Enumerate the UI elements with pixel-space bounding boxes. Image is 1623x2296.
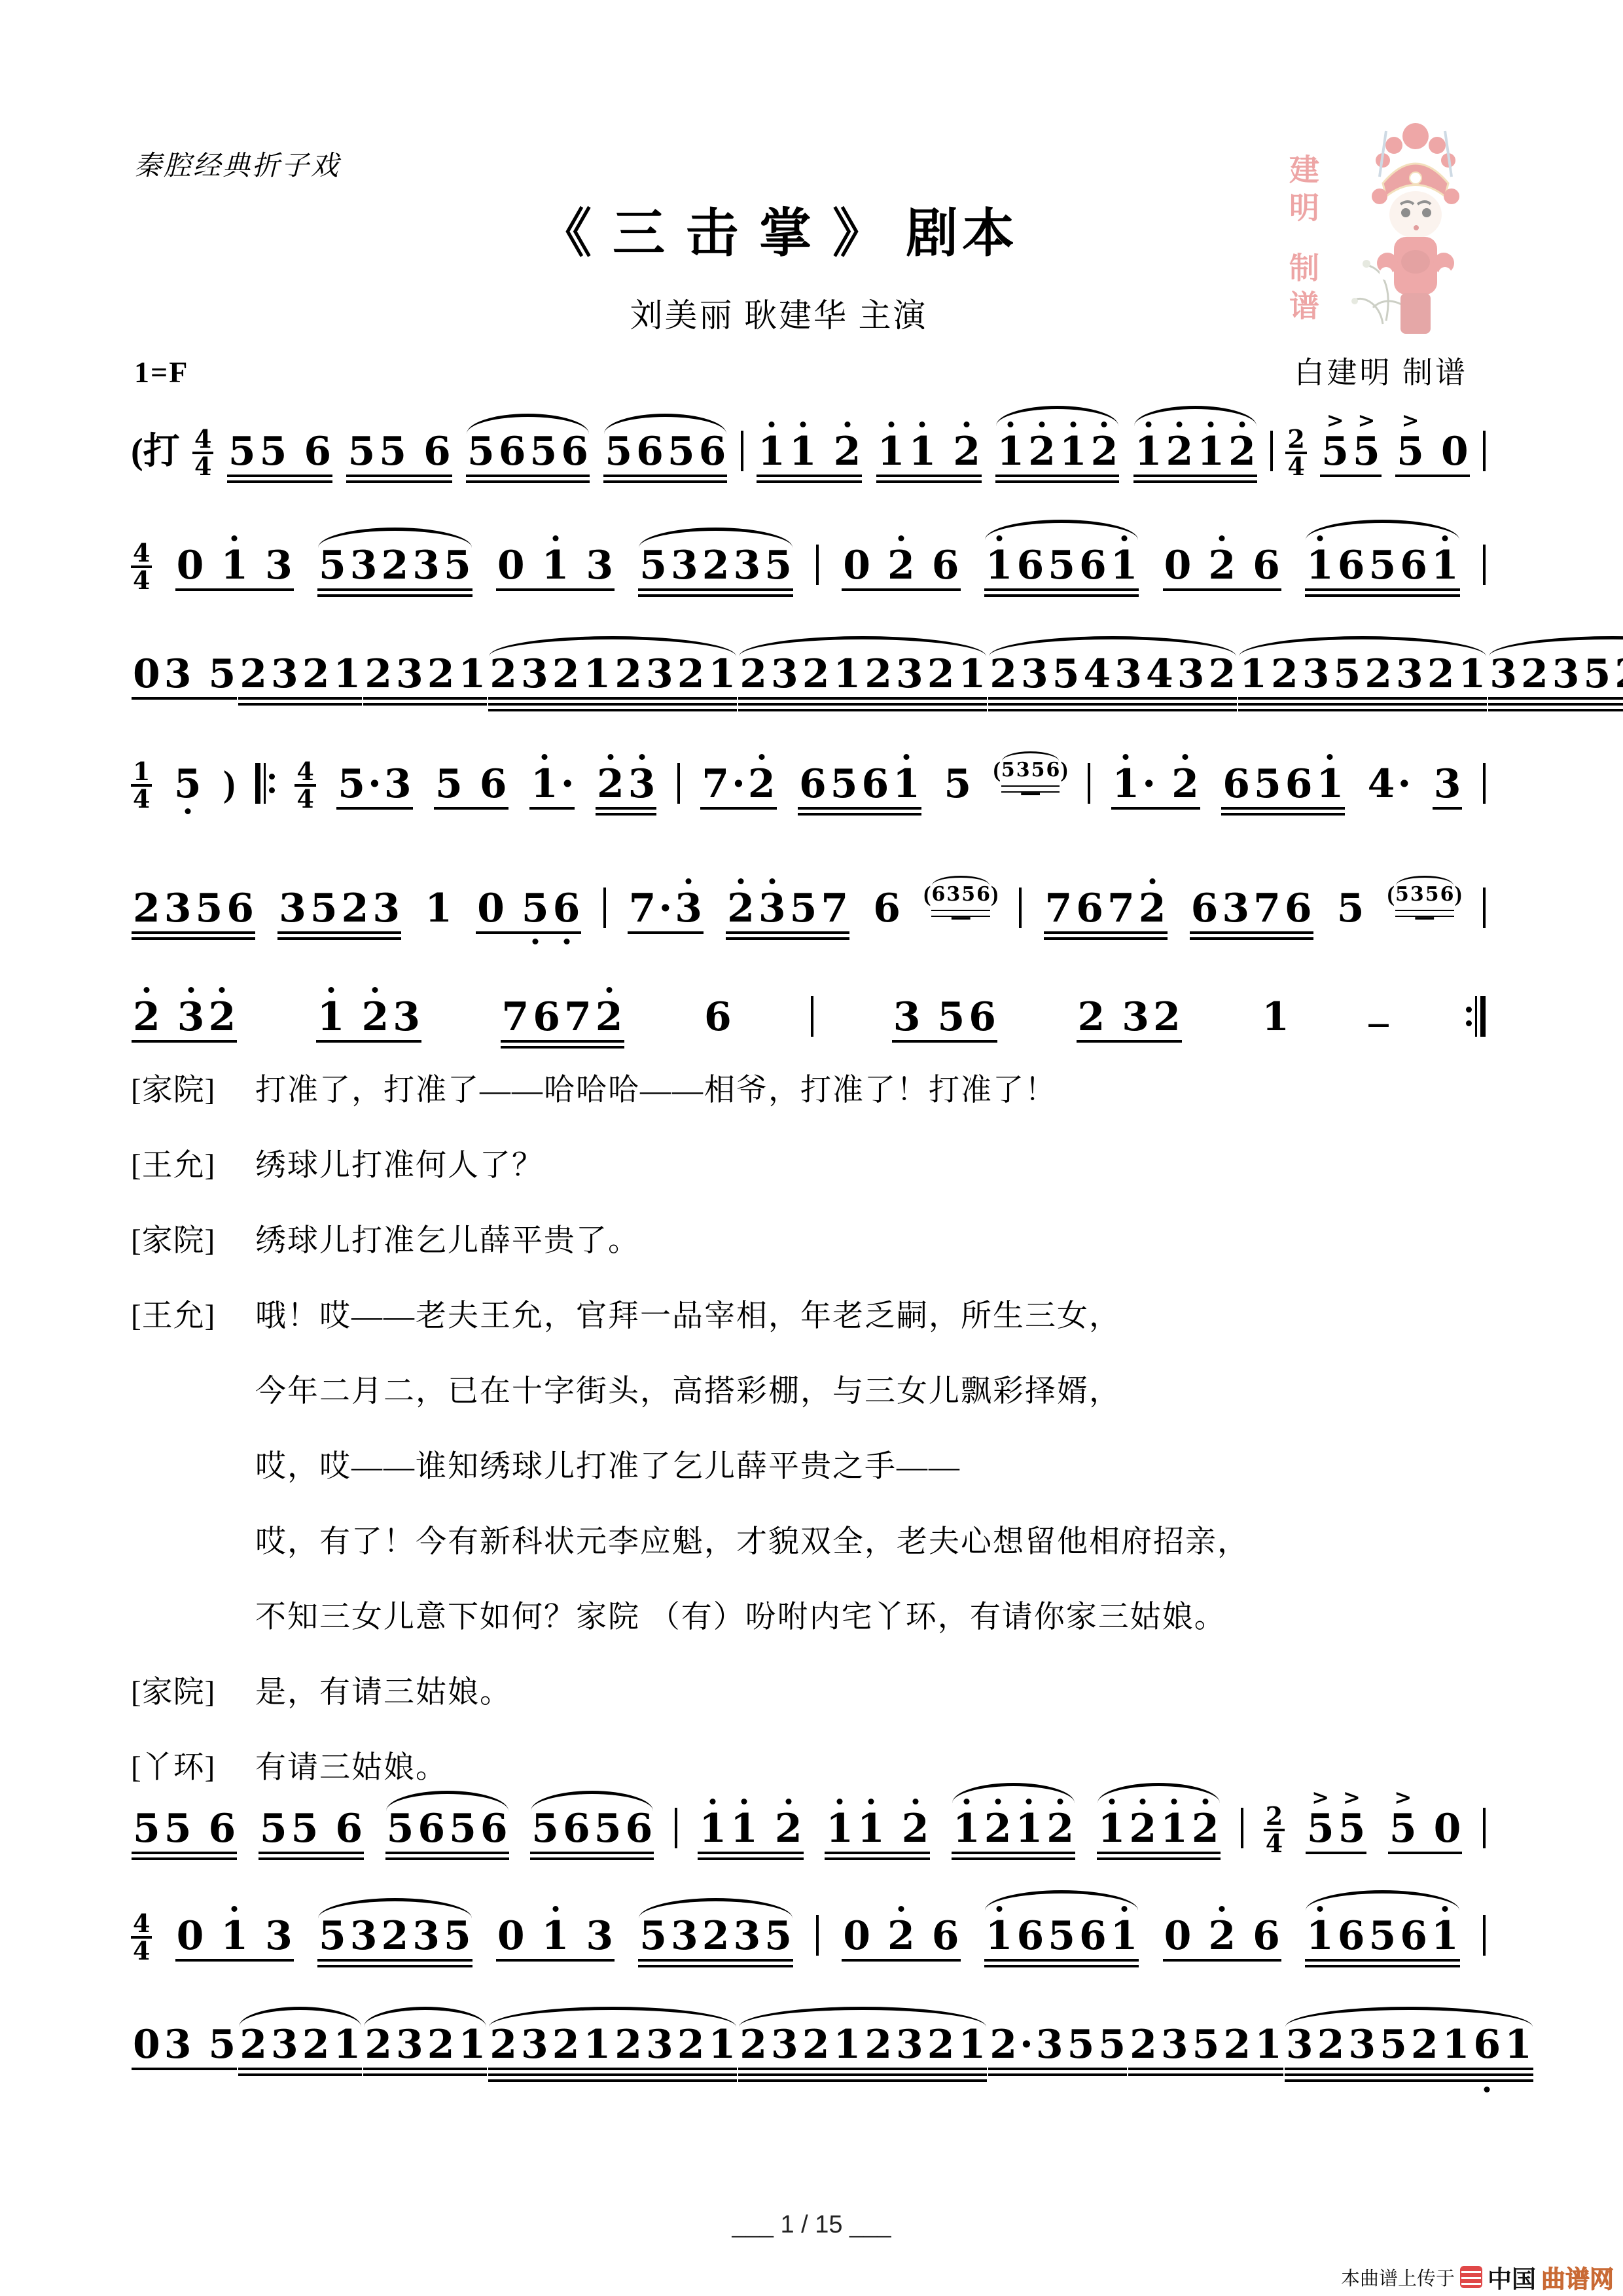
note: 1: [1109, 1916, 1140, 1956]
note: 1: [697, 1809, 728, 1848]
note: 7: [1251, 889, 1283, 928]
note: 3: [348, 546, 380, 585]
note-group: 112: [824, 1809, 931, 1848]
note: 5>: [1351, 432, 1382, 471]
time-signature: 44: [294, 759, 315, 812]
note: 3: [410, 546, 442, 585]
note-group: 2321: [363, 655, 488, 694]
note: 3: [394, 2025, 425, 2064]
note: 5: [1425, 884, 1440, 905]
note-group: 53235: [637, 546, 794, 585]
note: 2: [613, 2025, 644, 2064]
note-group: 5>0: [1387, 1809, 1463, 1848]
note-group: 2321: [238, 2025, 363, 2064]
note: 5: [762, 546, 794, 585]
note: 1: [315, 997, 347, 1037]
note: 2: [900, 1809, 931, 1848]
note: 6: [623, 1809, 654, 1848]
note: 3: [1220, 889, 1251, 928]
note-group: 3523: [277, 889, 402, 928]
note-group: 23543432: [988, 655, 1238, 694]
note: 2: [425, 2025, 457, 2064]
note-group: 2357: [725, 889, 850, 928]
note: 6: [976, 884, 991, 905]
note: 2: [832, 432, 863, 471]
note-group: 6356: [931, 884, 991, 905]
dialogue-row: [王允]绣球儿打准何人了？: [131, 1141, 544, 1185]
note: 3: [673, 889, 704, 928]
note: 1: [1253, 2025, 1284, 2064]
note: 5: [433, 764, 465, 804]
note: 6: [559, 432, 590, 471]
note: 6: [931, 884, 946, 905]
note: 0: [495, 1916, 527, 1956]
note: 6: [551, 889, 582, 928]
bar-line: [816, 545, 819, 585]
time-signature: 14: [131, 759, 152, 812]
note-group: 035: [131, 2025, 238, 2064]
note: 3: [1113, 655, 1144, 694]
note: 5: [317, 546, 348, 585]
note-group: 232: [1076, 997, 1183, 1037]
note: 0: [841, 1916, 872, 1956]
note: 5: [131, 1809, 162, 1848]
note: 6: [871, 889, 902, 928]
bar-line: [1483, 888, 1486, 928]
note: 5: [289, 1809, 321, 1848]
note: 1: [984, 546, 1015, 585]
opera-stamp: 建明制谱: [1281, 105, 1471, 353]
score-page: 秦腔经典折子戏 《 三 击 掌 》 剧本 刘美丽 耿建华 主演 1=F 白建明 …: [0, 0, 1623, 2296]
score-line-top-5: 2356352310567·323576(6356)–767263765(535…: [131, 885, 1486, 928]
note: 6: [702, 997, 734, 1037]
score-line-top-2: 4401353235013532350261656102616561: [131, 542, 1486, 585]
dialogue-text: 是，有请三姑娘。: [255, 1676, 512, 1710]
note-group: 013: [175, 546, 294, 585]
note: 5: [258, 1809, 289, 1848]
note: 5: [666, 432, 697, 471]
note-group: 556: [226, 432, 333, 471]
note: 2: [1026, 432, 1058, 471]
note: ·: [1141, 764, 1156, 804]
note-group: 23: [595, 764, 658, 804]
bar-line: [1483, 1915, 1486, 1956]
note: 2: [1151, 997, 1183, 1037]
note: 3: [519, 2025, 550, 2064]
note: 2: [1409, 2025, 1440, 2064]
note: 1: [219, 546, 250, 585]
note: 4: [1366, 764, 1397, 804]
dialogue-text: 绣球儿打准乞儿薛平贵了。: [255, 1224, 640, 1258]
note: 5: [1001, 760, 1016, 781]
note: 1: [1304, 1916, 1336, 1956]
note-group: 056: [475, 889, 582, 928]
note: 0: [1162, 1916, 1194, 1956]
note: 1: [728, 1809, 760, 1848]
note: 5: [788, 889, 819, 928]
note-group: 2·355: [988, 2025, 1128, 2064]
note-group: 56: [433, 764, 509, 804]
note: 5: [1378, 2025, 1409, 2064]
note: 3: [891, 997, 923, 1037]
music-text: ): [223, 764, 236, 804]
note-group: 026: [1162, 546, 1282, 585]
note: 1: [756, 432, 787, 471]
note: 3: [394, 655, 425, 694]
score-line-bottom-2: 4401353235013532350261656102616561: [131, 1912, 1486, 1956]
note-group: 1: [1260, 997, 1291, 1037]
note: 5: [346, 432, 377, 471]
note: ·: [367, 764, 382, 804]
note: 5: [637, 546, 669, 585]
note-group: 53235: [317, 546, 473, 585]
note: 0: [1162, 546, 1194, 585]
note-group: 2321: [238, 655, 363, 694]
note: 3: [1410, 884, 1425, 905]
role-label: [丫环]: [131, 1743, 241, 1787]
note-group: 026: [841, 546, 961, 585]
note: 3: [1159, 2025, 1190, 2064]
note: 3: [626, 764, 658, 804]
note-group: 112: [756, 432, 863, 471]
note-group: 035: [131, 655, 238, 694]
page-indicator: ___ 1 / 15 ___: [0, 2211, 1623, 2239]
note: 2: [1363, 655, 1394, 694]
note: 2: [1206, 1916, 1238, 1956]
note: 2: [675, 655, 707, 694]
note: 3: [277, 889, 308, 928]
note: 3: [769, 2025, 800, 2064]
note: 4: [1082, 655, 1113, 694]
note: 2: [773, 1809, 804, 1848]
note-group: 5>5>: [1319, 432, 1382, 471]
note: 3: [584, 546, 615, 585]
note: 5: [1366, 1916, 1398, 1956]
bar-line: [816, 1915, 819, 1956]
note: 1: [582, 2025, 613, 2064]
note-group: 4·: [1366, 764, 1412, 804]
note-group: 1212: [951, 1809, 1076, 1848]
note: 1: [1304, 546, 1336, 585]
note-group: 1212: [1133, 432, 1258, 471]
note: 0: [495, 546, 527, 585]
note-group: 5356: [1395, 884, 1455, 905]
note: 3: [946, 884, 961, 905]
note: 3: [391, 997, 422, 1037]
note: 1: [876, 432, 907, 471]
note: 7: [1105, 889, 1137, 928]
note: 2: [300, 655, 332, 694]
note: 7: [500, 997, 531, 1037]
time-signature: 24: [1285, 427, 1306, 479]
note: 2: [131, 997, 162, 1037]
note-group: 6376: [1189, 889, 1314, 928]
note: 5: [442, 546, 473, 585]
note-group: 556: [131, 1809, 238, 1848]
note: 2: [379, 546, 410, 585]
note: 5: [603, 432, 634, 471]
role-label: [王允]: [131, 1141, 241, 1185]
note: 5: [308, 889, 340, 928]
note: 2: [340, 889, 371, 928]
note: 5: [1395, 884, 1410, 905]
note: 5: [592, 1809, 624, 1848]
cast-line: 刘美丽 耿建华 主演: [131, 289, 1427, 336]
role-label: [王允]: [131, 1291, 241, 1335]
note: 6: [1046, 760, 1061, 781]
note: 6: [1471, 2025, 1503, 2064]
time-signature: 44: [192, 427, 213, 479]
note: 2: [363, 655, 394, 694]
note: 2: [488, 655, 519, 694]
note: 5: [1031, 760, 1046, 781]
note: 1: [457, 655, 488, 694]
note: 6: [478, 764, 509, 804]
note: 3: [732, 1916, 763, 1956]
note: 5: [207, 2025, 238, 2064]
note: 6: [930, 546, 961, 585]
note: 1: [1503, 2025, 1534, 2064]
note: 6: [1251, 1916, 1282, 1956]
note: 5: [442, 1916, 473, 1956]
note-group: 5>5>: [1305, 1809, 1368, 1848]
note: 6: [1014, 546, 1046, 585]
note: ·: [560, 764, 575, 804]
note: ·: [1397, 764, 1412, 804]
note: 2: [863, 2025, 894, 2064]
note: 5: [226, 432, 258, 471]
site-name-qp: 曲谱网: [1541, 2259, 1614, 2295]
note: 3: [1120, 997, 1151, 1037]
site-watermark: 本曲谱上传于 中国 曲谱网: [1341, 2259, 1614, 2295]
role-label: [家院]: [131, 1668, 241, 1712]
note: 5: [377, 432, 408, 471]
note: 3: [263, 1916, 294, 1956]
note: 6: [1283, 889, 1314, 928]
note-group: 53235: [317, 1916, 473, 1956]
note: 5: [162, 1809, 194, 1848]
note-group: 23212321: [738, 655, 988, 694]
note-group: 16561: [1304, 1916, 1461, 1956]
dialogue-row: [丫环]有请三姑娘。: [131, 1743, 448, 1787]
note: 6: [497, 432, 528, 471]
score-line-bottom-1: 5565565656565611211212121212245>5>5>0: [131, 1805, 1486, 1848]
note: 5: [762, 1916, 794, 1956]
upload-note: 本曲谱上传于: [1341, 2264, 1455, 2291]
role-label: [家院]: [131, 1216, 241, 1260]
note: 6: [302, 432, 333, 471]
note: 2: [1269, 655, 1300, 694]
note-group: 16561: [984, 546, 1140, 585]
note: 6: [421, 432, 453, 471]
note: 3: [162, 889, 194, 928]
note: 3: [269, 2025, 300, 2064]
dialogue-text: 哎，哎——谁知绣球儿打准了乞儿薛平贵之手——: [255, 1450, 961, 1484]
grace-note-ornament: (5356)–: [993, 760, 1068, 801]
note: 5: [317, 1916, 348, 1956]
note: 5: [936, 997, 967, 1037]
time-signature: 24: [1264, 1804, 1285, 1856]
note: 1: [1429, 546, 1461, 585]
note: 1: [423, 889, 454, 928]
note: 6: [1398, 1916, 1429, 1956]
bar-line: [1088, 763, 1090, 804]
note-group: 7·3: [627, 889, 704, 928]
note-group: 013: [495, 1916, 615, 1956]
note: 6: [1077, 546, 1109, 585]
note-group: 356: [891, 997, 998, 1037]
note: 3: [584, 1916, 615, 1956]
note: 1: [1260, 997, 1291, 1037]
note: 1: [824, 1809, 855, 1848]
note: 2: [700, 546, 732, 585]
dialogue-row: [家院]打准了，打准了——哈哈哈——相爷，打准了！打准了！: [131, 1066, 1057, 1109]
note: 1: [951, 1809, 982, 1848]
note-group: 6561: [797, 764, 922, 804]
note: 3: [1488, 655, 1519, 694]
note: 2: [1089, 432, 1120, 471]
note: 5: [529, 1809, 561, 1848]
note: 5: [207, 655, 238, 694]
note-group: 53235: [637, 1916, 794, 1956]
note: 0: [1432, 1809, 1463, 1848]
note: 2: [988, 2025, 1019, 2064]
note: 5: [194, 889, 225, 928]
note: 1: [906, 432, 938, 471]
note: 2: [746, 764, 777, 804]
bar-line: [741, 431, 743, 471]
time-signature: 44: [131, 541, 152, 593]
note-group: 1·: [529, 764, 575, 804]
note-group: 16561: [984, 1916, 1140, 1956]
note: 3: [1034, 2025, 1065, 2064]
note-group: 013: [175, 1916, 294, 1956]
note: ·: [1019, 2025, 1034, 2064]
note: 3: [644, 2025, 675, 2064]
note: 7: [700, 764, 731, 804]
note: 6: [1440, 884, 1455, 905]
note: 2: [1127, 1809, 1158, 1848]
dialogue-text: 打准了，打准了——哈哈哈——相爷，打准了！打准了！: [255, 1073, 1057, 1107]
note: 1: [540, 1916, 571, 1956]
note: 3: [894, 655, 925, 694]
note: 2: [982, 1809, 1014, 1848]
dialogue-text: 哦！哎——老夫王允，官拜一品宰相，年老乏嗣，所生三女，: [255, 1299, 1121, 1333]
note: 2: [700, 1916, 732, 1956]
note: 1: [984, 1916, 1015, 1956]
bar-line: [675, 1808, 677, 1848]
note-group: 6: [871, 889, 902, 928]
note: 6: [1251, 546, 1282, 585]
note: 1: [832, 2025, 863, 2064]
dialogue-text: 今年二月二，已在十字街头，高搭彩棚，与三女儿飘彩择婿，: [255, 1374, 1121, 1408]
note: 1: [1096, 1809, 1128, 1848]
note: 2: [425, 655, 457, 694]
note: 3: [382, 764, 414, 804]
note: 2: [738, 655, 769, 694]
note: 1: [891, 764, 922, 804]
note: 2: [1207, 655, 1238, 694]
note-group: 556: [346, 432, 452, 471]
note: 1: [1014, 1809, 1045, 1848]
note-group: 6: [702, 997, 734, 1037]
note: 1: [1133, 432, 1164, 471]
note: 3: [757, 889, 788, 928]
note: 3: [410, 1916, 442, 1956]
note: 1: [332, 655, 363, 694]
note: 2: [925, 2025, 957, 2064]
note: 1: [582, 655, 613, 694]
note: 0: [131, 655, 162, 694]
note: 2: [1206, 546, 1238, 585]
note-group: 1212: [995, 432, 1120, 471]
note: 2: [379, 1916, 410, 1956]
bar-line: [677, 763, 680, 804]
note: 5: [465, 432, 497, 471]
note: 5: [1366, 546, 1398, 585]
transcriber-credit: 白建明 制谱: [1294, 349, 1469, 392]
note-group: 23212321: [488, 2025, 738, 2064]
note: 1: [957, 2025, 988, 2064]
note: 6: [561, 1809, 592, 1848]
bar-line: [1483, 431, 1486, 471]
role-label: [家院]: [131, 1066, 241, 1109]
note: 3: [162, 2025, 194, 2064]
note: 2: [925, 655, 957, 694]
note-group: 12352321: [1238, 655, 1488, 694]
note: 2: [885, 1916, 917, 1956]
music-text: (打: [131, 432, 180, 471]
note: 1: [540, 546, 571, 585]
note: 1: [787, 432, 819, 471]
bar-line: [1270, 431, 1273, 471]
note: 5: [1332, 655, 1363, 694]
note: 3: [269, 655, 300, 694]
note-group: 5: [942, 764, 973, 804]
note: 1: [707, 655, 738, 694]
site-logo-icon: [1460, 2266, 1482, 2288]
note: 2: [800, 2025, 832, 2064]
note-group: 232: [131, 997, 238, 1037]
note: 5: [829, 764, 860, 804]
repeat-sign-close: [1466, 996, 1486, 1037]
note-group: 23212321: [488, 655, 738, 694]
note: 2: [725, 889, 757, 928]
note: 1: [995, 432, 1026, 471]
note: 2: [1044, 1809, 1076, 1848]
note: 6: [416, 1809, 447, 1848]
bar-line: [603, 888, 606, 928]
note: 1: [529, 764, 560, 804]
series-label: 秦腔经典折子戏: [134, 144, 340, 183]
note: 3: [162, 655, 194, 694]
note-group: 123: [315, 997, 422, 1037]
bar-line: [1483, 1808, 1486, 1848]
note-group: 32352161: [1488, 655, 1623, 694]
score-line-top-4: 145)445·3561·237·265615(5356)–1·265614·3: [131, 761, 1486, 804]
dialogue-row: 不知三女儿意下如何？家院 （有）吩咐内宅丫环，有请你家三姑娘。: [131, 1592, 1226, 1636]
note: ·: [658, 889, 673, 928]
note: 2: [360, 997, 391, 1037]
dialogue-text: 绣球儿打准何人了？: [255, 1149, 544, 1183]
note-group: 5: [1335, 889, 1366, 928]
note: 6: [697, 432, 728, 471]
score-line-bottom-3: 0352321232123212321232123212·35523521323…: [131, 2021, 1486, 2064]
note-group: 5656: [465, 432, 590, 471]
note: 5: [1190, 2025, 1222, 2064]
note-group: 5656: [385, 1809, 510, 1848]
note: 5>: [1305, 1809, 1336, 1848]
